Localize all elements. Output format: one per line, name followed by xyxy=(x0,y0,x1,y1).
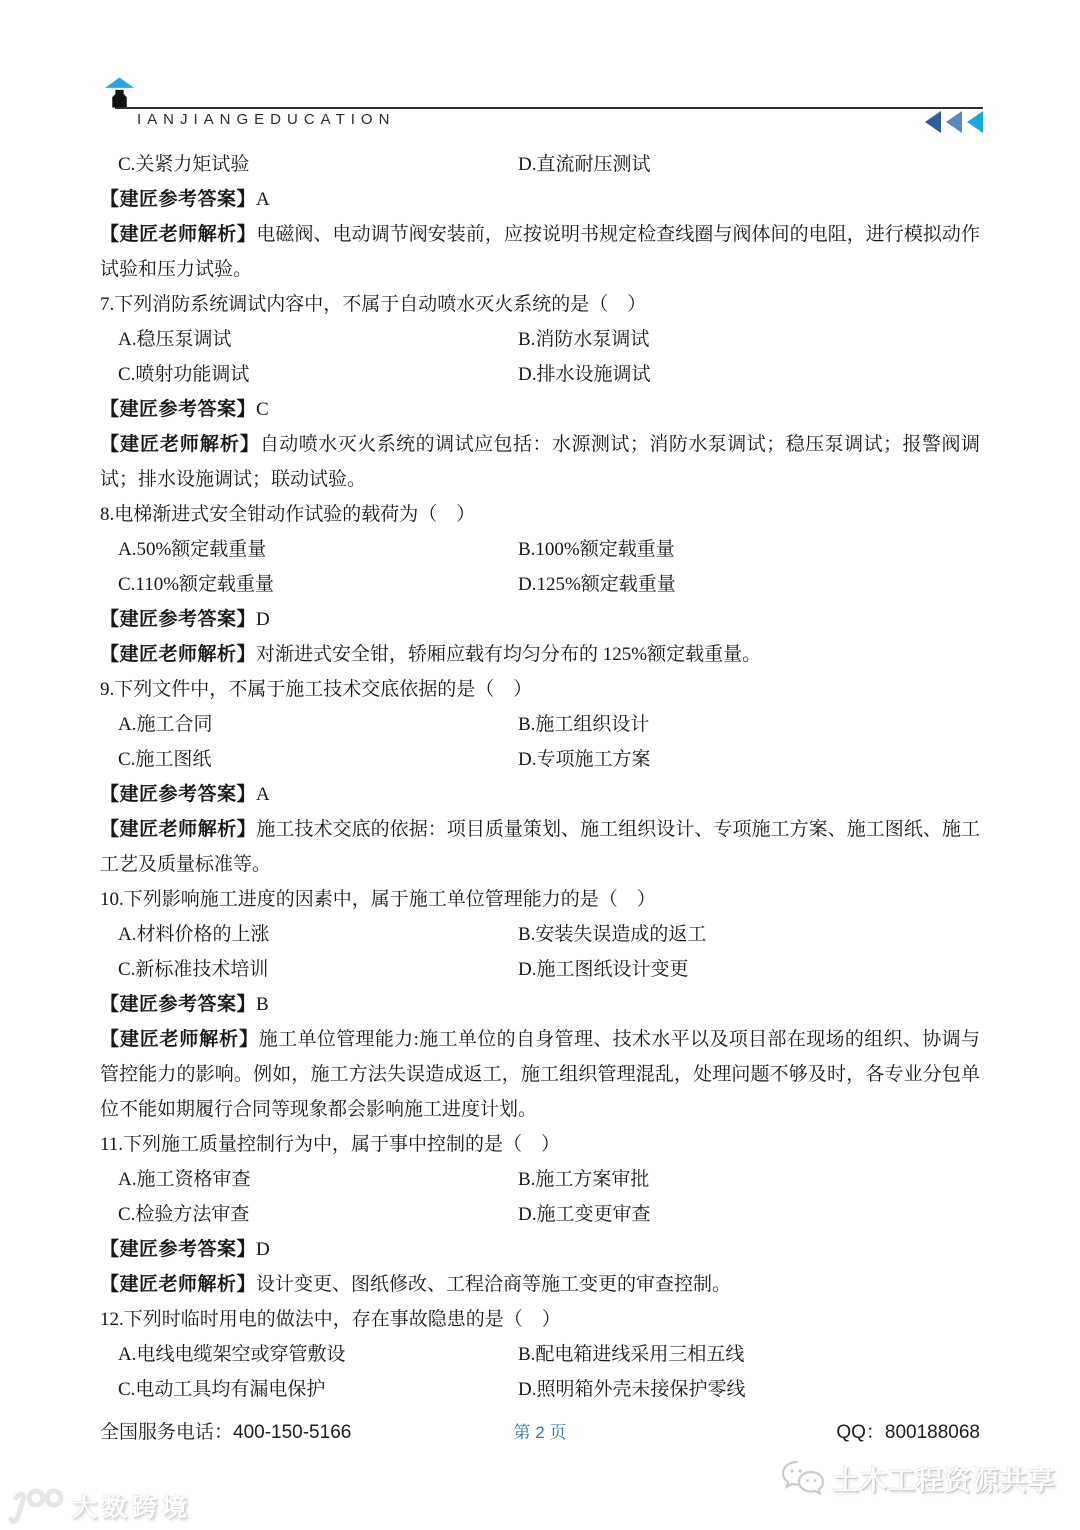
option-b: B.施工组织设计 xyxy=(518,707,980,742)
question-10: 10.下列影响施工进度的因素中，属于施工单位管理能力的是（ ） A.材料价格的上… xyxy=(100,882,980,1127)
answer-value: C xyxy=(256,399,269,420)
option-c: C.关紧力矩试验 xyxy=(118,147,518,182)
option-c: C.新标准技术培训 xyxy=(118,952,518,987)
qq-contact: QQ：800188068 xyxy=(680,1417,980,1444)
question-options: A.50%额定载重量 B.100%额定载重量 C.110%额定载重量 D.125… xyxy=(100,532,980,602)
question-11: 11.下列施工质量控制行为中，属于事中控制的是（ ） A.施工资格审查 B.施工… xyxy=(100,1127,980,1302)
left-triangle-mid-icon xyxy=(946,111,962,133)
answer-line: 【建匠参考答案】A xyxy=(100,777,980,812)
question-stem: 8.电梯渐进式安全钳动作试验的载荷为（ ） xyxy=(100,497,980,532)
option-a: A.稳压泵调试 xyxy=(118,322,518,357)
left-triangle-light-icon xyxy=(967,111,983,133)
watermark-left-text: 大数跨境 xyxy=(72,1488,192,1524)
question-stem: 12.下列时临时用电的做法中，存在事故隐患的是（ ） xyxy=(100,1302,980,1337)
answer-line: 【建匠参考答案】B xyxy=(100,987,980,1022)
analysis-line: 【建匠老师解析】施工单位管理能力:施工单位的自身管理、技术水平以及项目部在现场的… xyxy=(100,1022,980,1127)
brand-logo-icon xyxy=(104,76,135,110)
question-stem: 11.下列施工质量控制行为中，属于事中控制的是（ ） xyxy=(100,1127,980,1162)
answer-value: D xyxy=(256,1239,270,1260)
question-9: 9.下列文件中，不属于施工技术交底依据的是（ ） A.施工合同 B.施工组织设计… xyxy=(100,672,980,882)
left-triangle-dark-icon xyxy=(925,111,941,133)
option-a: A.施工资格审查 xyxy=(118,1162,518,1197)
answer-label: 【建匠参考答案】 xyxy=(100,189,256,210)
page-number: 第 2 页 xyxy=(400,1418,680,1443)
question-stem: 10.下列影响施工进度的因素中，属于施工单位管理能力的是（ ） xyxy=(100,882,980,917)
analysis-line: 【建匠老师解析】电磁阀、电动调节阀安装前，应按说明书规定检查线圈与阀体间的电阻，… xyxy=(100,217,980,287)
answer-label: 【建匠参考答案】 xyxy=(100,609,256,630)
option-d: D.专项施工方案 xyxy=(518,742,980,777)
option-c: C.喷射功能调试 xyxy=(118,357,518,392)
service-phone: 全国服务电话：400-150-5166 xyxy=(100,1417,400,1444)
option-d: D.排水设施调试 xyxy=(518,357,980,392)
question-8: 8.电梯渐进式安全钳动作试验的载荷为（ ） A.50%额定载重量 B.100%额… xyxy=(100,497,980,672)
option-d: D.直流耐压测试 xyxy=(518,147,980,182)
answer-value: A xyxy=(256,784,270,805)
wechat-chat-bubbles-icon xyxy=(780,1458,826,1498)
answer-label: 【建匠参考答案】 xyxy=(100,399,256,420)
answer-line: 【建匠参考答案】A xyxy=(100,182,980,217)
analysis-label: 【建匠老师解析】 xyxy=(100,1274,256,1295)
watermark-right: 土木工程资源共享 xyxy=(780,1458,1056,1498)
answer-line: 【建匠参考答案】C xyxy=(100,392,980,427)
watermark-left: 大数跨境 xyxy=(8,1486,192,1526)
option-c: C.检验方法审查 xyxy=(118,1197,518,1232)
option-d: D.施工图纸设计变更 xyxy=(518,952,980,987)
answer-label: 【建匠参考答案】 xyxy=(100,784,256,805)
question-stem: 7.下列消防系统调试内容中，不属于自动喷水灭火系统的是（ ） xyxy=(100,287,980,322)
option-a: A.50%额定载重量 xyxy=(118,532,518,567)
analysis-label: 【建匠老师解析】 xyxy=(100,434,260,455)
question-options: A.稳压泵调试 B.消防水泵调试 C.喷射功能调试 D.排水设施调试 xyxy=(100,322,980,392)
brand-logo-text: IANJIANGEDUCATION xyxy=(137,111,395,128)
option-a: A.材料价格的上涨 xyxy=(118,917,518,952)
analysis-line: 【建匠老师解析】设计变更、图纸修改、工程洽商等施工变更的审查控制。 xyxy=(100,1267,980,1302)
option-c: C.110%额定载重量 xyxy=(118,567,518,602)
question-options: A.电线电缆架空或穿管敷设 B.配电箱进线采用三相五线 C.电动工具均有漏电保护… xyxy=(100,1337,980,1407)
analysis-text: 设计变更、图纸修改、工程洽商等施工变更的审查控制。 xyxy=(256,1274,731,1295)
analysis-text: 对渐进式安全钳，轿厢应载有均匀分布的 125%额定载重量。 xyxy=(256,644,761,665)
question-stem: 9.下列文件中，不属于施工技术交底依据的是（ ） xyxy=(100,672,980,707)
option-b: B.消防水泵调试 xyxy=(518,322,980,357)
question-7: 7.下列消防系统调试内容中，不属于自动喷水灭火系统的是（ ） A.稳压泵调试 B… xyxy=(100,287,980,497)
option-b: B.配电箱进线采用三相五线 xyxy=(518,1337,980,1372)
answer-value: B xyxy=(256,994,269,1015)
analysis-line: 【建匠老师解析】自动喷水灭火系统的调试应包括：水源测试；消防水泵调试；稳压泵调试… xyxy=(100,427,980,497)
answer-line: 【建匠参考答案】D xyxy=(100,1232,980,1267)
question-6-continued: C.关紧力矩试验 D.直流耐压测试 【建匠参考答案】A 【建匠老师解析】电磁阀、… xyxy=(100,147,980,287)
header-rule xyxy=(115,107,983,109)
answer-line: 【建匠参考答案】D xyxy=(100,602,980,637)
option-c: C.电动工具均有漏电保护 xyxy=(118,1372,518,1407)
option-b: B.100%额定载重量 xyxy=(518,532,980,567)
option-d: D.照明箱外壳未接保护零线 xyxy=(518,1372,980,1407)
answer-label: 【建匠参考答案】 xyxy=(100,994,256,1015)
option-a: A.电线电缆架空或穿管敷设 xyxy=(118,1337,518,1372)
exam-content: C.关紧力矩试验 D.直流耐压测试 【建匠参考答案】A 【建匠老师解析】电磁阀、… xyxy=(0,145,1080,1407)
triple-left-triangles-icon xyxy=(925,111,983,133)
option-a: A.施工合同 xyxy=(118,707,518,742)
analysis-line: 【建匠老师解析】对渐进式安全钳，轿厢应载有均匀分布的 125%额定载重量。 xyxy=(100,637,980,672)
answer-value: A xyxy=(256,189,270,210)
question-options: A.材料价格的上涨 B.安装失误造成的返工 C.新标准技术培训 D.施工图纸设计… xyxy=(100,917,980,987)
watermark-right-text: 土木工程资源共享 xyxy=(832,1459,1056,1498)
option-b: B.安装失误造成的返工 xyxy=(518,917,980,952)
answer-value: D xyxy=(256,609,270,630)
answer-label: 【建匠参考答案】 xyxy=(100,1239,256,1260)
document-page: IANJIANGEDUCATION C.关紧力矩试验 D.直流耐压测试 【建匠参… xyxy=(0,0,1080,1530)
option-b: B.施工方案审批 xyxy=(518,1162,980,1197)
analysis-line: 【建匠老师解析】施工技术交底的依据：项目质量策划、施工组织设计、专项施工方案、施… xyxy=(100,812,980,882)
analysis-label: 【建匠老师解析】 xyxy=(100,1029,259,1050)
option-d: D.施工变更审查 xyxy=(518,1197,980,1232)
100-swoosh-logo-icon xyxy=(8,1486,66,1526)
header: IANJIANGEDUCATION xyxy=(0,0,1080,145)
analysis-label: 【建匠老师解析】 xyxy=(100,644,256,665)
question-options: A.施工资格审查 B.施工方案审批 C.检验方法审查 D.施工变更审查 xyxy=(100,1162,980,1232)
question-options: C.关紧力矩试验 D.直流耐压测试 xyxy=(100,147,980,182)
analysis-label: 【建匠老师解析】 xyxy=(100,819,256,840)
option-d: D.125%额定载重量 xyxy=(518,567,980,602)
question-12: 12.下列时临时用电的做法中，存在事故隐患的是（ ） A.电线电缆架空或穿管敷设… xyxy=(100,1302,980,1407)
option-c: C.施工图纸 xyxy=(118,742,518,777)
page-footer: 全国服务电话：400-150-5166 第 2 页 QQ：800188068 xyxy=(0,1417,1080,1444)
analysis-label: 【建匠老师解析】 xyxy=(100,224,256,245)
question-options: A.施工合同 B.施工组织设计 C.施工图纸 D.专项施工方案 xyxy=(100,707,980,777)
